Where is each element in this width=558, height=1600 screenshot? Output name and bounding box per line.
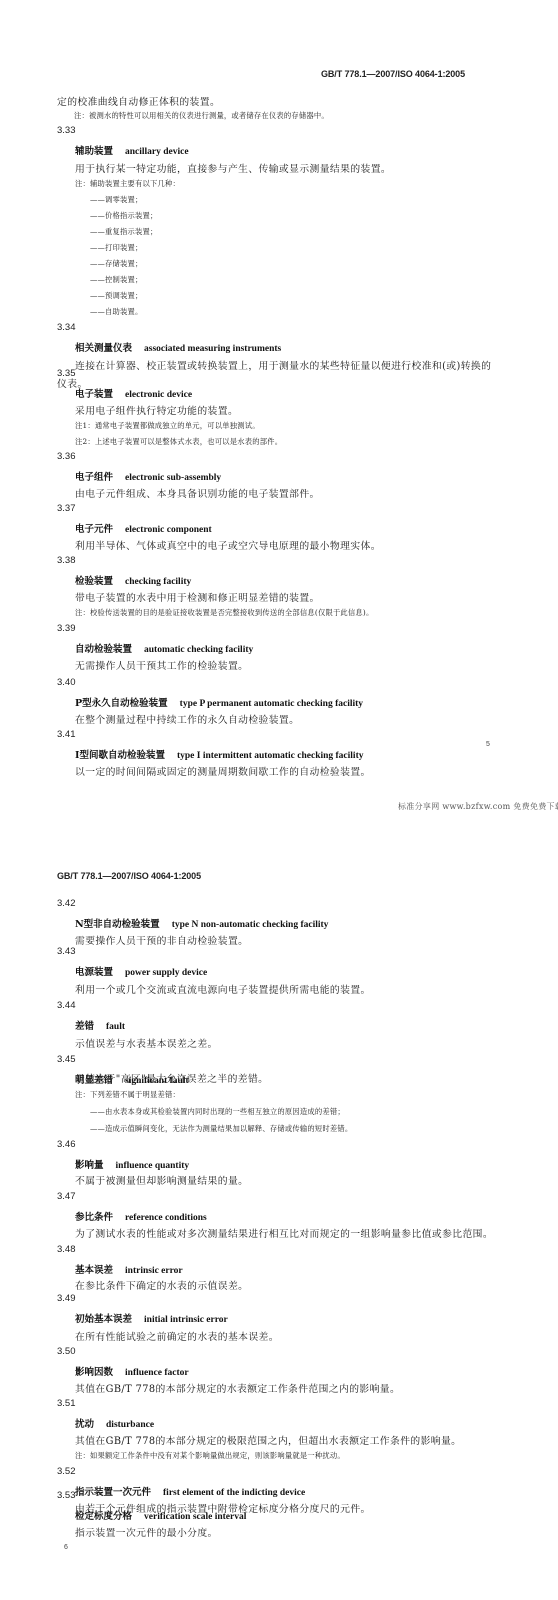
term-definition: 利用一个或几个交流或直流电源向电子装置提供所需电能的装置。 [75,982,371,996]
term-zh: 影响量 [75,1160,104,1171]
term-en: electronic component [125,525,212,535]
term-zh: 参比条件 [75,1212,113,1223]
term-definition: 其值在GB/T 778的本部分规定的水表额定工作条件范围之内的影响量。 [75,1381,400,1395]
term-heading: 影响因数influence factor [75,1364,189,1378]
term-en: fault [106,1022,125,1032]
term-heading: 指示装置一次元件first element of the indicting d… [75,1484,305,1498]
term-heading: 检验装置checking facility [75,573,191,587]
term-en: influence factor [125,1368,189,1378]
term-zh: 电子组件 [75,472,113,483]
term-en: ancillary device [125,147,189,157]
list-item: ——调零装置； [90,195,142,205]
clause-number: 3.53 [57,1490,76,1501]
list-item: ——存储装置； [90,259,142,269]
list-item: ——重复指示装置； [90,227,157,237]
term-zh: 差错 [75,1021,94,1032]
term-zh: P型永久自动检验装置 [75,698,168,709]
list-item: ——价格指示装置； [90,211,157,221]
term-zh: 电源装置 [75,967,113,978]
clause-number: 3.36 [57,451,76,462]
term-note: 注：下列差错不属于明显差错： [75,1090,180,1100]
term-note: 注：校验传送装置的目的是验证接收装置是否完整接收到传送的全部信息(仅限于此信息)… [75,608,373,618]
clause-number: 3.40 [57,677,76,688]
term-en: checking facility [125,577,191,587]
term-heading: 检定标度分格verification scale interval [75,1508,246,1522]
clause-number: 3.42 [57,898,76,909]
term-zh: I型间歇自动检验装置 [75,750,165,761]
clause-number: 3.49 [57,1293,76,1304]
list-item: ——自助装置。 [90,307,142,317]
clause-number: 3.33 [57,125,76,136]
term-note-1: 注1：通常电子装置都做成独立的单元，可以单独测试。 [75,421,260,431]
clause-number: 3.35 [57,368,76,379]
term-zh: 影响因数 [75,1367,113,1378]
term-definition: 其值在GB/T 778的本部分规定的极限范围之内，但超出水表额定工作条件的影响量… [75,1433,461,1447]
term-note: 注：如果额定工作条件中没有对某个影响量做出规定，则该影响量就是一种扰动。 [75,1451,345,1461]
term-heading: 参比条件reference conditions [75,1209,207,1223]
term-heading: 基本误差intrinsic error [75,1262,183,1276]
term-heading: 影响量influence quantity [75,1157,189,1171]
clause-number: 3.47 [57,1191,76,1202]
page-header: GB/T 778.1—2007/ISO 4064-1:2005 [321,69,465,79]
term-heading: 自动检验装置automatic checking facility [75,641,253,655]
term-heading: 初始基本误差initial intrinsic error [75,1311,228,1325]
term-zh: 检验装置 [75,576,113,587]
clause-number: 3.52 [57,1466,76,1477]
clause-number: 3.50 [57,1346,76,1357]
term-en: power supply device [125,968,207,978]
term-definition: 带电子装置的水表中用于检测和修正明显差错的装置。 [75,590,320,604]
term-note-2: 注2：上述电子装置可以是整体式水表，也可以是水表的部件。 [75,437,282,447]
term-zh: 检定标度分格 [75,1511,132,1522]
clause-number: 3.51 [57,1398,76,1409]
clause-number: 3.48 [57,1244,76,1255]
clause-number: 3.39 [57,623,76,634]
clause-number: 3.38 [57,555,76,566]
term-zh: 初始基本误差 [75,1314,132,1325]
term-heading: 电源装置power supply device [75,964,207,978]
term-zh: 基本误差 [75,1265,113,1276]
term-definition: 示值误差与水表基本误差之差。 [75,1036,218,1050]
term-zh: 电子装置 [75,389,113,400]
clause-number: 3.34 [57,322,76,333]
term-heading: 辅助装置ancillary device [75,143,189,157]
term-definition: 利用半导体、气体或真空中的电子或空穴导电原理的最小物理实体。 [75,538,381,552]
term-zh: 指示装置一次元件 [75,1487,151,1498]
term-definition: 为了测试水表的性能或对多次测量结果进行相互比对而规定的一组影响量参比值或参比范围… [75,1226,493,1240]
term-definition: 由电子元件组成、本身具备识别功能的电子装置部件。 [75,486,320,500]
term-definition: 无需操作人员干预其工作的检验装置。 [75,658,248,672]
term-en: electronic device [125,390,192,400]
term-zh: 电子元件 [75,524,113,535]
page-number: 5 [486,741,490,748]
term-heading: 电子装置electronic device [75,386,192,400]
clause-number: 3.43 [57,946,76,957]
term-definition: 在参比条件下确定的水表的示值误差。 [75,1278,248,1292]
term-en: automatic checking facility [144,645,253,655]
term-definition: 在整个测量过程中持续工作的永久自动检验装置。 [75,712,299,726]
page-header: GB/T 778.1—2007/ISO 4064-1:2005 [57,871,201,881]
term-en: verification scale interval [144,1512,246,1522]
term-heading: 差错fault [75,1018,125,1032]
term-en: type I intermittent automatic checking f… [177,751,364,761]
list-item: ——打印装置； [90,243,142,253]
term-definition: 在所有性能试验之前确定的水表的基本误差。 [75,1329,279,1343]
continuation-text: 定的校准曲线自动修正体积的装置。 [57,94,220,108]
term-definition: 连接在计算器、校正装置或转换装置上，用于测量水的某些特征量以便进行校准和(或)转… [75,358,491,372]
list-item: ——由水表本身或其检验装置内同时出现的一些相互独立的原因造成的差错； [90,1107,345,1117]
term-en: associated measuring instruments [144,344,281,354]
term-definition: 以一定的时间间隔或固定的测量周期数间歇工作的自动检验装置。 [75,764,371,778]
term-en: electronic sub-assembly [125,473,221,483]
term-en: reference conditions [125,1213,207,1223]
document-page-6: GB/T 778.1—2007/ISO 4064-1:2005 3.42 N型非… [0,800,558,1600]
document-page-5: GB/T 778.1—2007/ISO 4064-1:2005 定的校准曲线自动… [0,0,558,800]
term-en: intrinsic error [125,1266,183,1276]
term-zh: 辅助装置 [75,146,113,157]
term-heading: P型永久自动检验装置type P permanent automatic che… [75,695,363,709]
term-definition: 采用电子组件执行特定功能的装置。 [75,403,238,417]
list-item: ——造成示值瞬间变化，无法作为测量结果加以解释、存储或传输的短时差错。 [90,1124,352,1134]
term-en: type N non-automatic checking facility [172,920,329,930]
term-definition: 指示装置一次元件的最小分度。 [75,1525,218,1539]
term-definition: 不属于被测量但却影响测量结果的量。 [75,1173,248,1187]
clause-number: 3.45 [57,1054,76,1065]
term-zh: 扰动 [75,1419,94,1430]
term-zh: N型非自动检验装置 [75,919,160,930]
term-definition: 需要操作人员干预的非自动检验装置。 [75,933,248,947]
term-en: initial intrinsic error [144,1315,228,1325]
term-heading: I型间歇自动检验装置type I intermittent automatic … [75,747,363,761]
term-en: type P permanent automatic checking faci… [180,699,363,709]
term-heading: 扰动disturbance [75,1416,154,1430]
term-heading: N型非自动检验装置type N non-automatic checking f… [75,916,328,930]
page-number: 6 [64,1544,68,1551]
term-en: first element of the indicting device [163,1488,305,1498]
clause-number: 3.44 [57,1000,76,1011]
list-item: ——预调装置； [90,291,142,301]
continuation-note: 注：被测水的特性可以用相关的仪表进行测量，或者储存在仪表的存储器中。 [74,111,329,121]
term-heading: 电子组件electronic sub-assembly [75,469,221,483]
clause-number: 3.37 [57,503,76,514]
clause-number: 3.41 [57,729,76,740]
term-zh: 相关测量仪表 [75,343,132,354]
clause-number: 3.46 [57,1139,76,1150]
term-heading: 相关测量仪表associated measuring instruments [75,340,281,354]
list-item: ——控制装置； [90,275,142,285]
term-heading: 电子元件electronic component [75,521,212,535]
term-definition: 用于执行某一特定功能，直接参与产生、传输或显示测量结果的装置。 [75,161,391,175]
term-zh: 自动检验装置 [75,644,132,655]
term-en: disturbance [106,1420,154,1430]
term-en: influence quantity [116,1161,190,1171]
term-definition: 量值大于"高区"最大允许误差之半的差错。 [75,1071,268,1085]
term-note: 注：辅助装置主要有以下几种： [75,179,180,189]
